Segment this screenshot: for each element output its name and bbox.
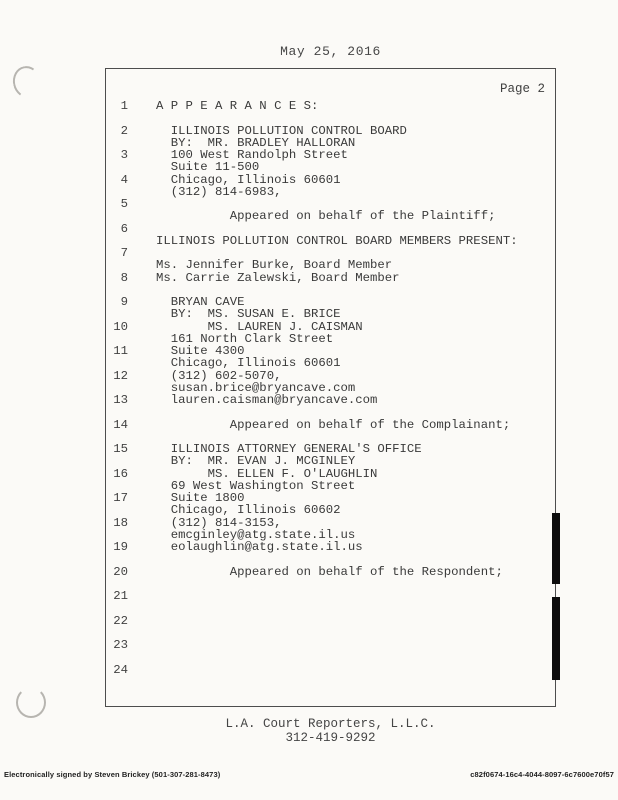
line-number: 12: [108, 370, 128, 382]
transcript-line: 14 Appeared on behalf of the Complainant…: [108, 419, 548, 431]
transcript-line: [108, 553, 548, 565]
line-text: Appeared on behalf of the Respondent;: [156, 566, 503, 578]
line-number: 22: [108, 615, 128, 627]
transcript-line: [108, 406, 548, 418]
line-number: 6: [108, 223, 128, 235]
scan-edge-mark-upper: [552, 513, 560, 584]
line-number: 23: [108, 639, 128, 651]
transcript-line: 1A P P E A R A N C E S:: [108, 100, 548, 112]
transcript-line: [108, 602, 548, 614]
line-number: 5: [108, 198, 128, 210]
transcript-line: Suite 11-500: [108, 161, 548, 173]
line-number: 21: [108, 590, 128, 602]
transcript-line: Ms. Jennifer Burke, Board Member: [108, 259, 548, 271]
transcript-line: ILLINOIS POLLUTION CONTROL BOARD MEMBERS…: [108, 235, 548, 247]
line-number: 20: [108, 566, 128, 578]
line-number: 1: [108, 100, 128, 112]
line-number: 18: [108, 517, 128, 529]
line-number: 16: [108, 468, 128, 480]
line-text: lauren.caisman@bryancave.com: [156, 394, 377, 406]
electronic-signature-row: Electronically signed by Steven Brickey …: [4, 770, 614, 779]
transcript-line: 24: [108, 664, 548, 676]
line-number: 17: [108, 492, 128, 504]
line-number: [108, 651, 128, 663]
transcript-line: 4 Chicago, Illinois 60601: [108, 174, 548, 186]
line-number: 4: [108, 174, 128, 186]
line-number: 7: [108, 247, 128, 259]
line-number: 10: [108, 321, 128, 333]
transcript-line: BY: MS. SUSAN E. BRICE: [108, 308, 548, 320]
line-number: [108, 676, 128, 688]
line-text: Appeared on behalf of the Complainant;: [156, 419, 510, 431]
line-number: 13: [108, 394, 128, 406]
line-text: ILLINOIS POLLUTION CONTROL BOARD MEMBERS…: [156, 235, 518, 247]
line-text: Chicago, Illinois 60601: [156, 357, 340, 369]
transcript-body: 1A P P E A R A N C E S: 2 ILLINOIS POLLU…: [108, 100, 548, 688]
electronic-signature-text: Electronically signed by Steven Brickey …: [4, 770, 220, 779]
line-text: A P P E A R A N C E S:: [156, 100, 318, 112]
line-number: [108, 112, 128, 124]
punch-hole-scan-artifact-bottom: [16, 687, 46, 718]
transcript-line: [108, 676, 548, 688]
line-text: Suite 11-500: [156, 161, 259, 173]
transcript-line: 20 Appeared on behalf of the Respondent;: [108, 566, 548, 578]
signature-hash: c82f0674-16c4-4044-8097-6c7600e70f57: [470, 770, 614, 779]
transcript-line: (312) 814-6983,: [108, 186, 548, 198]
line-text: eolaughlin@atg.state.il.us: [156, 541, 363, 553]
line-number: [108, 553, 128, 565]
line-number: 8: [108, 272, 128, 284]
footer-reporter-phone: 312-419-9292: [105, 731, 556, 745]
line-number: 15: [108, 443, 128, 455]
transcript-line: Chicago, Illinois 60601: [108, 357, 548, 369]
line-number: 14: [108, 419, 128, 431]
line-number: [108, 210, 128, 222]
line-text: Chicago, Illinois 60601: [156, 174, 340, 186]
transcript-line: [108, 112, 548, 124]
transcript-line: 13 lauren.caisman@bryancave.com: [108, 394, 548, 406]
line-number: [108, 308, 128, 320]
transcript-line: 21: [108, 590, 548, 602]
line-text: Ms. Jennifer Burke, Board Member: [156, 259, 392, 271]
line-number: 24: [108, 664, 128, 676]
line-text: (312) 814-6983,: [156, 186, 281, 198]
transcript-line: 16 MS. ELLEN F. O'LAUGHLIN: [108, 468, 548, 480]
line-text: (312) 602-5070,: [156, 370, 281, 382]
line-text: Ms. Carrie Zalewski, Board Member: [156, 272, 400, 284]
transcript-line: 23: [108, 639, 548, 651]
line-number: 2: [108, 125, 128, 137]
transcript-line: 8Ms. Carrie Zalewski, Board Member: [108, 272, 548, 284]
transcript-line: Chicago, Illinois 60602: [108, 504, 548, 516]
line-number: [108, 161, 128, 173]
line-number: 11: [108, 345, 128, 357]
line-text: BY: MS. SUSAN E. BRICE: [156, 308, 340, 320]
line-number: 9: [108, 296, 128, 308]
line-number: [108, 259, 128, 271]
transcript-line: 12 (312) 602-5070,: [108, 370, 548, 382]
transcript-line: Appeared on behalf of the Plaintiff;: [108, 210, 548, 222]
scan-edge-mark-lower: [552, 597, 560, 680]
page-border-box: Page 2 1A P P E A R A N C E S: 2 ILLINOI…: [105, 68, 556, 707]
line-number: 3: [108, 149, 128, 161]
line-text: ILLINOIS POLLUTION CONTROL BOARD: [156, 125, 407, 137]
line-text: BY: MR. EVAN J. MCGINLEY: [156, 455, 355, 467]
footer-reporter-name: L.A. Court Reporters, L.L.C.: [105, 717, 556, 731]
line-number: [108, 602, 128, 614]
line-text: MS. LAUREN J. CAISMAN: [156, 321, 363, 333]
line-number: [108, 406, 128, 418]
transcript-line: 10 MS. LAUREN J. CAISMAN: [108, 321, 548, 333]
line-number: [108, 455, 128, 467]
header-date: May 25, 2016: [105, 44, 556, 59]
transcript-line: 18 (312) 814-3153,: [108, 517, 548, 529]
punch-hole-scan-artifact-top: [10, 63, 44, 100]
transcript-line: [108, 651, 548, 663]
transcript-line: [108, 578, 548, 590]
line-text: Appeared on behalf of the Plaintiff;: [156, 210, 495, 222]
line-number: [108, 504, 128, 516]
transcript-line: 19 eolaughlin@atg.state.il.us: [108, 541, 548, 553]
line-text: Chicago, Illinois 60602: [156, 504, 340, 516]
page-number-label: Page 2: [500, 82, 545, 96]
transcript-line: [108, 627, 548, 639]
line-number: [108, 357, 128, 369]
transcript-line: 2 ILLINOIS POLLUTION CONTROL BOARD: [108, 125, 548, 137]
transcript-line: 22: [108, 615, 548, 627]
line-number: 19: [108, 541, 128, 553]
transcript-line: BY: MR. EVAN J. MCGINLEY: [108, 455, 548, 467]
line-text: MS. ELLEN F. O'LAUGHLIN: [156, 468, 377, 480]
transcript-line: 6: [108, 223, 548, 235]
line-text: (312) 814-3153,: [156, 517, 281, 529]
